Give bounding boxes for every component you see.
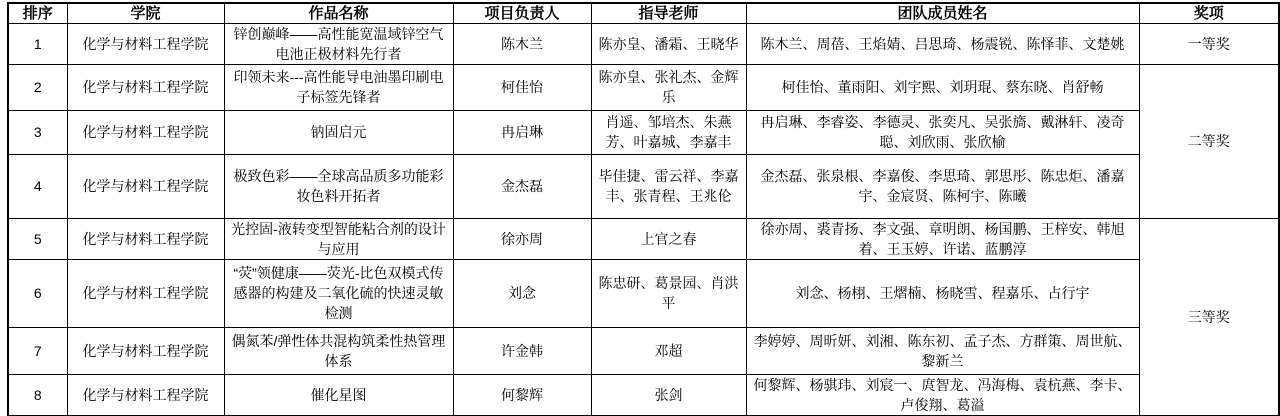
title-cell: 锌创巅峰——高性能宽温域锌空气电池正极材料先行者 — [224, 23, 453, 64]
leader-cell: 陈木兰 — [453, 23, 591, 64]
college-cell: 化学与材料工程学院 — [67, 374, 224, 416]
leader-cell: 许金韩 — [453, 327, 591, 374]
title-cell: 光控固-液转变型智能粘合剂的设计与应用 — [224, 218, 453, 259]
table-body: 1化学与材料工程学院锌创巅峰——高性能宽温域锌空气电池正极材料先行者陈木兰陈亦皇… — [8, 23, 1279, 416]
leader-cell: 柯佳怡 — [453, 64, 591, 110]
table-row: 3化学与材料工程学院钠固启元冉启琳肖遥、邹培杰、朱燕芳、叶嘉城、李嘉丰冉启琳、李… — [8, 110, 1279, 154]
column-header-college: 学院 — [67, 3, 224, 23]
college-cell: 化学与材料工程学院 — [67, 154, 224, 218]
rank-cell: 1 — [8, 23, 67, 64]
title-cell: 偶氮苯/弹性体共混构筑柔性热管理体系 — [224, 327, 453, 374]
column-header-rank: 排序 — [8, 3, 67, 23]
table-row: 7化学与材料工程学院偶氮苯/弹性体共混构筑柔性热管理体系许金韩邓超李婷婷、周昕妍… — [8, 327, 1279, 374]
members-cell: 柯佳怡、董雨阳、刘宇熙、刘玥琨、蔡东晓、肖舒畅 — [746, 64, 1139, 110]
table-row: 5化学与材料工程学院光控固-液转变型智能粘合剂的设计与应用徐亦周上官之春徐亦周、… — [8, 218, 1279, 259]
title-cell: 钠固启元 — [224, 110, 453, 154]
advisors-cell: 毕佳捷、雷云祥、李嘉丰、张青程、王兆伦 — [591, 154, 746, 218]
college-cell: 化学与材料工程学院 — [67, 327, 224, 374]
table-row: 2化学与材料工程学院印领未来---高性能导电油墨印刷电子标签先锋者柯佳怡陈亦皇、… — [8, 64, 1279, 110]
college-cell: 化学与材料工程学院 — [67, 110, 224, 154]
advisors-cell: 陈亦皇、潘霜、王晓华 — [591, 23, 746, 64]
header-row: 排序学院作品名称项目负责人指导老师团队成员姓名奖项 — [8, 3, 1279, 23]
title-cell: 极致色彩——全球高品质多功能彩妆色料开拓者 — [224, 154, 453, 218]
awards-table: 排序学院作品名称项目负责人指导老师团队成员姓名奖项 1化学与材料工程学院锌创巅峰… — [7, 2, 1280, 416]
rank-cell: 4 — [8, 154, 67, 218]
table-row: 8化学与材料工程学院催化星图何黎辉张剑何黎辉、杨骐玮、刘宸一、庹智龙、冯海梅、袁… — [8, 374, 1279, 416]
college-cell: 化学与材料工程学院 — [67, 23, 224, 64]
column-header-advisors: 指导老师 — [591, 3, 746, 23]
members-cell: 陈木兰、周蓓、王焰婧、吕思琦、杨震锐、陈怿菲、文楚姚 — [746, 23, 1139, 64]
table-row: 4化学与材料工程学院极致色彩——全球高品质多功能彩妆色料开拓者金杰磊毕佳捷、雷云… — [8, 154, 1279, 218]
members-cell: 李婷婷、周昕妍、刘湘、陈东初、孟子杰、方群策、周世航、黎新兰 — [746, 327, 1139, 374]
column-header-leader: 项目负责人 — [453, 3, 591, 23]
advisors-cell: 上官之春 — [591, 218, 746, 259]
rank-cell: 6 — [8, 259, 67, 327]
advisors-cell: 张剑 — [591, 374, 746, 416]
college-cell: 化学与材料工程学院 — [67, 259, 224, 327]
members-cell: 徐亦周、裘青扬、李文强、章明朗、杨国鹏、王梓安、韩旭着、王玉婷、许诺、蓝鹏淳 — [746, 218, 1139, 259]
rank-cell: 8 — [8, 374, 67, 416]
leader-cell: 金杰磊 — [453, 154, 591, 218]
members-cell: 刘念、杨栩、王熠楠、杨晓雪、程嘉乐、占行宇 — [746, 259, 1139, 327]
advisors-cell: 邓超 — [591, 327, 746, 374]
leader-cell: 刘念 — [453, 259, 591, 327]
college-cell: 化学与材料工程学院 — [67, 218, 224, 259]
advisors-cell: 陈忠研、葛景园、肖洪平 — [591, 259, 746, 327]
rank-cell: 7 — [8, 327, 67, 374]
award-cell: 三等奖 — [1139, 218, 1279, 416]
members-cell: 何黎辉、杨骐玮、刘宸一、庹智龙、冯海梅、袁杭燕、李卡、卢俊翔、葛溢 — [746, 374, 1139, 416]
rank-cell: 3 — [8, 110, 67, 154]
title-cell: 催化星图 — [224, 374, 453, 416]
column-header-award: 奖项 — [1139, 3, 1279, 23]
award-cell: 二等奖 — [1139, 64, 1279, 218]
column-header-members: 团队成员姓名 — [746, 3, 1139, 23]
leader-cell: 冉启琳 — [453, 110, 591, 154]
column-header-title: 作品名称 — [224, 3, 453, 23]
advisors-cell: 陈亦皇、张礼杰、金辉乐 — [591, 64, 746, 110]
title-cell: “荧”领健康——荧光-比色双模式传感器的构建及二氧化硫的快速灵敏检测 — [224, 259, 453, 327]
leader-cell: 何黎辉 — [453, 374, 591, 416]
rank-cell: 5 — [8, 218, 67, 259]
table-row: 1化学与材料工程学院锌创巅峰——高性能宽温域锌空气电池正极材料先行者陈木兰陈亦皇… — [8, 23, 1279, 64]
table-row: 6化学与材料工程学院“荧”领健康——荧光-比色双模式传感器的构建及二氧化硫的快速… — [8, 259, 1279, 327]
title-cell: 印领未来---高性能导电油墨印刷电子标签先锋者 — [224, 64, 453, 110]
members-cell: 金杰磊、张泉根、李嘉俊、李思琦、郭思彤、陈忠炬、潘嘉宇、金宸贤、陈柯宇、陈曦 — [746, 154, 1139, 218]
advisors-cell: 肖遥、邹培杰、朱燕芳、叶嘉城、李嘉丰 — [591, 110, 746, 154]
leader-cell: 徐亦周 — [453, 218, 591, 259]
rank-cell: 2 — [8, 64, 67, 110]
members-cell: 冉启琳、李睿姿、李德灵、张奕凡、吴张旖、戴淋轩、凌奇聪、刘欣雨、张欣榆 — [746, 110, 1139, 154]
award-cell: 一等奖 — [1139, 23, 1279, 64]
college-cell: 化学与材料工程学院 — [67, 64, 224, 110]
